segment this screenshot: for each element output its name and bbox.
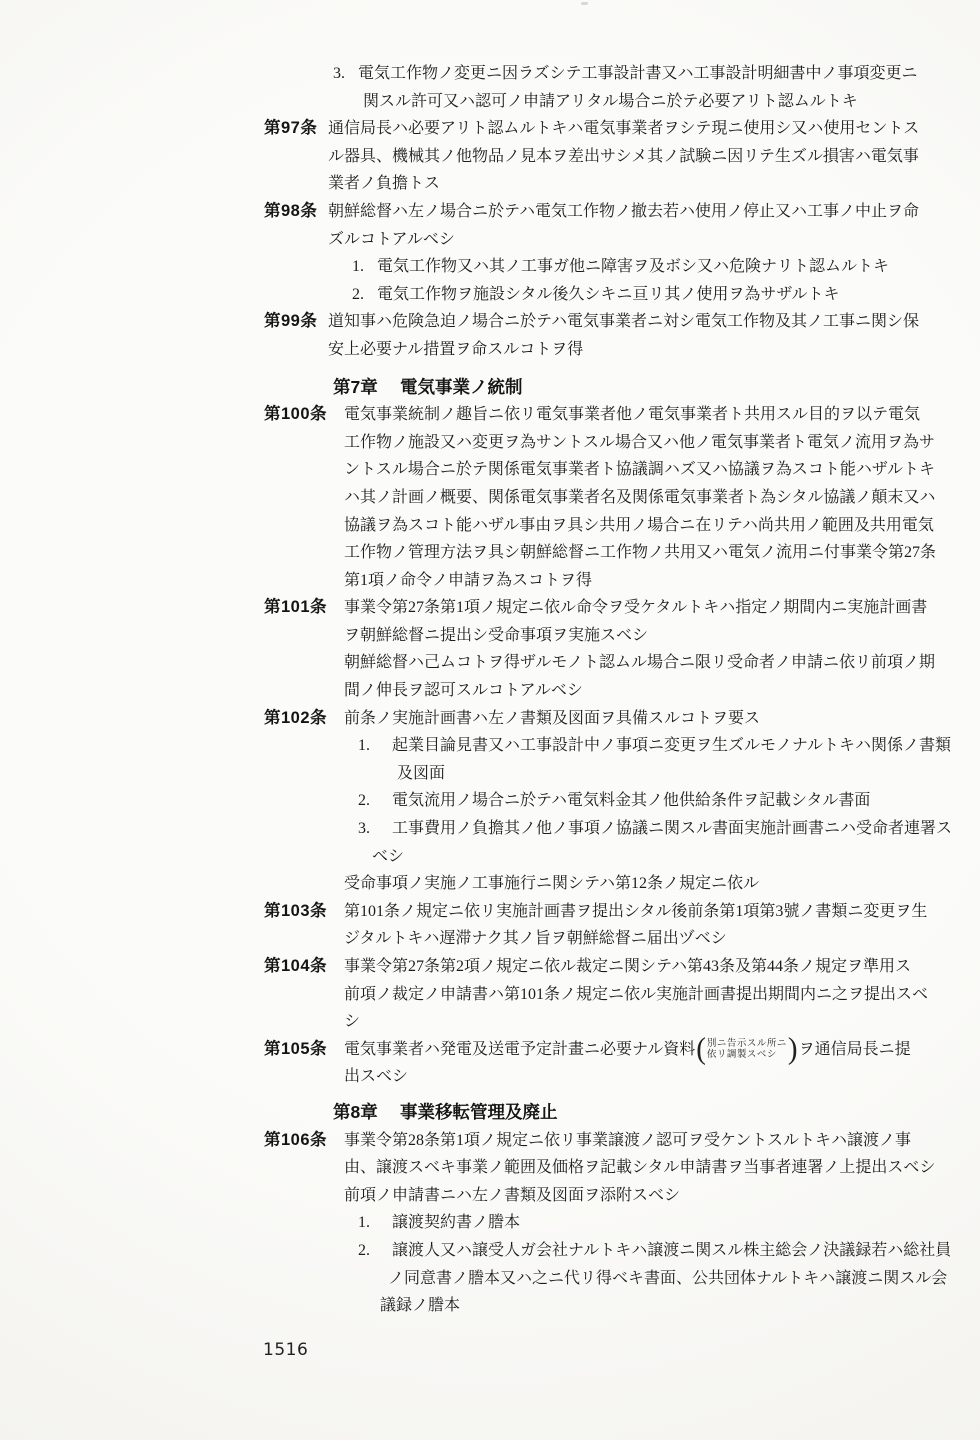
doc-line: 第106条 事業令第28条第1項ノ規定ニ依リ事業譲渡ノ認可ヲ受ケントスルトキハ譲… [0,1127,980,1155]
line-text: 間ノ伸長ヲ認可スルコトアルベシ [344,677,583,705]
chapter-title: 電気事業ノ統制 [400,374,523,402]
list-number: 1. [358,1209,370,1237]
list-number: 2. [358,787,370,815]
doc-line: 朝鮮総督ハ己ムコトヲ得ザルモノト認ムル場合ニ限リ受命者ノ申請ニ依リ前項ノ期 [0,649,980,677]
doc-line: 第102条 前条ノ実施計画書ハ左ノ書類及図面ヲ具備スルコトヲ要ス [0,705,980,733]
line-text: 朝鮮総督ハ左ノ場合ニ於テハ電気工作物ノ撤去若ハ使用ノ停止又ハ工事ノ中止ヲ命 [328,198,919,226]
line-text: 電気事業者ハ発電及送電予定計畫ニ必要ナル資料 [344,1036,695,1064]
list-number: 1. [358,732,370,760]
line-text: 譲渡契約書ノ謄本 [392,1209,520,1237]
doc-line: シ [0,1008,980,1036]
doc-line: 第103条 第101条ノ規定ニ依リ実施計画書ヲ提出シタル後前条第1項第3號ノ書類… [0,898,980,926]
line-text: ントスル場合ニ於テ関係電気事業者ト協議調ハズ又ハ協議ヲ為スコト能ハザルトキ [344,456,935,484]
line-text: ヲ朝鮮総督ニ提出シ受命事項ヲ実施スベシ [344,622,648,650]
doc-line: 受命事項ノ実施ノ工事施行ニ関シテハ第12条ノ規定ニ依ル [0,870,980,898]
doc-line: 2. 電気流用ノ場合ニ於テハ電気料金其ノ他供給条件ヲ記載シタル書面 [0,787,980,815]
list-number: 3. [358,815,370,843]
doc-line: ントスル場合ニ於テ関係電気事業者ト協議調ハズ又ハ協議ヲ為スコト能ハザルトキ [0,456,980,484]
doc-line: 前項ノ申請書ニハ左ノ書類及図面ヲ添附スベシ [0,1182,980,1210]
doc-line: ル器具、機械其ノ他物品ノ見本ヲ差出サシメ其ノ試験ニ因リテ生ズル損害ハ電気事 [0,143,980,171]
list-number: 1. [352,253,364,281]
close-paren: ) [788,1035,798,1064]
line-text: 工作物ノ施設又ハ変更ヲ為サントスル場合又ハ他ノ電気事業者ト電気ノ流用ヲ為サ [344,429,935,457]
line-text: 前条ノ実施計画書ハ左ノ書類及図面ヲ具備スルコトヲ要ス [344,705,760,733]
article-number: 第104条 [264,953,327,981]
article-number: 第101条 [264,594,327,622]
line-text: 工事費用ノ負擔其ノ他ノ事項ノ協議ニ関スル書面実施計画書ニハ受命者連署ス [392,815,952,843]
doc-line: 2. 譲渡人又ハ譲受人ガ会社ナルトキハ譲渡ニ関スル株主総会ノ決議録若ハ総社員 [0,1237,980,1265]
line-text: 朝鮮総督ハ己ムコトヲ得ザルモノト認ムル場合ニ限リ受命者ノ申請ニ依リ前項ノ期 [344,649,935,677]
open-paren: ( [696,1035,706,1064]
line-text: 第101条ノ規定ニ依リ実施計画書ヲ提出シタル後前条第1項第3號ノ書類ニ変更ヲ生 [344,898,927,926]
line-text: 事業令第27条第1項ノ規定ニ依ル命令ヲ受ケタルトキハ指定ノ期間内ニ実施計画書 [344,594,927,622]
doc-line: 工作物ノ施設又ハ変更ヲ為サントスル場合又ハ他ノ電気事業者ト電気ノ流用ヲ為サ [0,429,980,457]
article-number: 第103条 [264,898,327,926]
line-text: ヲ通信局長ニ提 [799,1036,911,1064]
line-with-parenthetical: 電気事業者ハ発電及送電予定計畫ニ必要ナル資料 ( 別ニ告示スル所ニ 依リ調製スベ… [344,1036,911,1064]
doc-line: 安上必要ナル措置ヲ命スルコトヲ得 [0,336,980,364]
article-number: 第106条 [264,1127,327,1155]
doc-line: 第98条 朝鮮総督ハ左ノ場合ニ於テハ電気工作物ノ撤去若ハ使用ノ停止又ハ工事ノ中止… [0,198,980,226]
doc-line: ズルコトアルベシ [0,226,980,254]
line-text: ベシ [372,843,404,871]
chapter-number: 第7章 [333,374,378,402]
line-text: 業者ノ負擔トス [328,170,440,198]
doc-line: 由、譲渡スベキ事業ノ範囲及価格ヲ記載シタル申請書ヲ当事者連署ノ上提出スベシ [0,1154,980,1182]
doc-line: 2. 電気工作物ヲ施設シタル後久シキニ亘リ其ノ使用ヲ為サザルトキ [0,281,980,309]
line-text: ハ其ノ計画ノ概要、関係電気事業者名及関係電気事業者ト為シタル協議ノ顛末又ハ [344,484,935,512]
doc-line: 協議ヲ為スコト能ハザル事由ヲ具シ共用ノ場合ニ在リテハ尚共用ノ範囲及共用電気 [0,512,980,540]
chapter-title: 事業移転管理及廃止 [400,1099,558,1127]
document-body: 3. 電気工作物ノ変更ニ因ラズシテ工事設計書又ハ工事設計明細書中ノ事項変更ニ 関… [0,60,980,1320]
list-number: 2. [352,281,364,309]
line-text: 安上必要ナル措置ヲ命スルコトヲ得 [328,336,583,364]
doc-line: 第1項ノ命令ノ申請ヲ為スコトヲ得 [0,567,980,595]
doc-line: ヲ朝鮮総督ニ提出シ受命事項ヲ実施スベシ [0,622,980,650]
line-text: ル器具、機械其ノ他物品ノ見本ヲ差出サシメ其ノ試験ニ因リテ生ズル損害ハ電気事 [328,143,919,171]
article-number: 第105条 [264,1036,327,1064]
line-text: 由、譲渡スベキ事業ノ範囲及価格ヲ記載シタル申請書ヲ当事者連署ノ上提出スベシ [344,1154,935,1182]
list-number: 2. [358,1237,370,1265]
doc-line: 出スベシ [0,1063,980,1091]
article-number: 第100条 [264,401,327,429]
doc-line: 1. 起業目論見書又ハ工事設計中ノ事項ニ変更ヲ生ズルモノナルトキハ関係ノ書類 [0,732,980,760]
doc-line: 第97条 通信局長ハ必要アリト認ムルトキハ電気事業者ヲシテ現ニ使用シ又ハ使用セン… [0,115,980,143]
doc-line: ハ其ノ計画ノ概要、関係電気事業者名及関係電気事業者ト為シタル協議ノ顛末又ハ [0,484,980,512]
article-number: 第102条 [264,705,327,733]
article-number: 第98条 [264,198,317,226]
note-line-2: 依リ調製スベシ [707,1050,787,1061]
doc-line: 第100条 電気事業統制ノ趣旨ニ依リ電気事業者他ノ電気事業者ト共用スル目的ヲ以テ… [0,401,980,429]
line-text: シ [344,1008,360,1036]
doc-line: 間ノ伸長ヲ認可スルコトアルベシ [0,677,980,705]
doc-line: 1. 譲渡契約書ノ謄本 [0,1209,980,1237]
doc-line: 第99条 道知事ハ危険急迫ノ場合ニ於テハ電気事業者ニ対シ電気工作物及其ノ工事ニ関… [0,308,980,336]
page-number: 1516 [263,1340,308,1360]
chapter-heading: 第7章 電気事業ノ統制 [0,374,980,402]
doc-line: ジタルトキハ遅滞ナク其ノ旨ヲ朝鮮総督ニ届出ヅベシ [0,925,980,953]
line-text: 前項ノ申請書ニハ左ノ書類及図面ヲ添附スベシ [344,1182,680,1210]
line-text: 電気流用ノ場合ニ於テハ電気料金其ノ他供給条件ヲ記載シタル書面 [392,787,870,815]
line-text: 通信局長ハ必要アリト認ムルトキハ電気事業者ヲシテ現ニ使用シ又ハ使用セントス [328,115,919,143]
line-text: 議録ノ謄本 [380,1292,460,1320]
doc-line: 業者ノ負擔トス [0,170,980,198]
parenthetical-note: 別ニ告示スル所ニ 依リ調製スベシ [707,1039,787,1060]
line-text: 前項ノ裁定ノ申請書ハ第101条ノ規定ニ依ル実施計画書提出期間内ニ之ヲ提出スベ [344,981,928,1009]
line-text: ノ同意書ノ謄本又ハ之ニ代リ得ベキ書面、公共団体ナルトキハ譲渡ニ関スル会 [388,1265,947,1293]
line-text: 電気工作物ヲ施設シタル後久シキニ亘リ其ノ使用ヲ為サザルトキ [377,281,840,309]
article-number: 第97条 [264,115,317,143]
line-text: 電気工作物ノ変更ニ因ラズシテ工事設計書又ハ工事設計明細書中ノ事項変更ニ [358,60,918,88]
line-text: 関スル許可又ハ認可ノ申請アリタル場合ニ於テ必要アリト認ムルトキ [363,88,858,116]
doc-line: 関スル許可又ハ認可ノ申請アリタル場合ニ於テ必要アリト認ムルトキ [0,88,980,116]
line-text: 出スベシ [344,1063,408,1091]
doc-line: 第101条 事業令第27条第1項ノ規定ニ依ル命令ヲ受ケタルトキハ指定ノ期間内ニ実… [0,594,980,622]
line-text: 事業令第28条第1項ノ規定ニ依リ事業譲渡ノ認可ヲ受ケントスルトキハ譲渡ノ事 [344,1127,911,1155]
doc-line: ベシ [0,843,980,871]
line-text: 電気工作物又ハ其ノ工事ガ他ニ障害ヲ及ボシ又ハ危険ナリト認ムルトキ [377,253,889,281]
chapter-heading: 第8章 事業移転管理及廃止 [0,1099,980,1127]
line-text: 第1項ノ命令ノ申請ヲ為スコトヲ得 [344,567,592,595]
scanned-page: 3. 電気工作物ノ変更ニ因ラズシテ工事設計書又ハ工事設計明細書中ノ事項変更ニ 関… [0,0,980,1440]
chapter-number: 第8章 [333,1099,378,1127]
line-text: 協議ヲ為スコト能ハザル事由ヲ具シ共用ノ場合ニ在リテハ尚共用ノ範囲及共用電気 [344,512,934,540]
doc-line: 3. 工事費用ノ負擔其ノ他ノ事項ノ協議ニ関スル書面実施計画書ニハ受命者連署ス [0,815,980,843]
doc-line: 1. 電気工作物又ハ其ノ工事ガ他ニ障害ヲ及ボシ又ハ危険ナリト認ムルトキ [0,253,980,281]
line-text: ズルコトアルベシ [328,226,455,254]
article-number: 第99条 [264,308,317,336]
line-text: 受命事項ノ実施ノ工事施行ニ関シテハ第12条ノ規定ニ依ル [344,870,759,898]
doc-line: 議録ノ謄本 [0,1292,980,1320]
line-text: 事業令第27条第2項ノ規定ニ依ル裁定ニ関シテハ第43条及第44条ノ規定ヲ準用ス [344,953,911,981]
line-text: 譲渡人又ハ譲受人ガ会社ナルトキハ譲渡ニ関スル株主総会ノ決議録若ハ総社員 [392,1237,951,1265]
doc-line: 及図面 [0,760,980,788]
doc-line: 3. 電気工作物ノ変更ニ因ラズシテ工事設計書又ハ工事設計明細書中ノ事項変更ニ [0,60,980,88]
list-number: 3. [333,60,345,88]
doc-line: ノ同意書ノ謄本又ハ之ニ代リ得ベキ書面、公共団体ナルトキハ譲渡ニ関スル会 [0,1265,980,1293]
line-text: ジタルトキハ遅滞ナク其ノ旨ヲ朝鮮総督ニ届出ヅベシ [344,925,727,953]
line-text: 工作物ノ管理方法ヲ具シ朝鮮総督ニ工作物ノ共用又ハ電気ノ流用ニ付事業令第27条 [344,539,936,567]
note-line-1: 別ニ告示スル所ニ [707,1039,787,1050]
line-text: 電気事業統制ノ趣旨ニ依リ電気事業者他ノ電気事業者ト共用スル目的ヲ以テ電気 [344,401,920,429]
doc-line: 工作物ノ管理方法ヲ具シ朝鮮総督ニ工作物ノ共用又ハ電気ノ流用ニ付事業令第27条 [0,539,980,567]
line-text: 道知事ハ危険急迫ノ場合ニ於テハ電気事業者ニ対シ電気工作物及其ノ工事ニ関シ保 [328,308,919,336]
scan-speck [581,2,588,5]
line-text: 及図面 [397,760,445,788]
line-text: 起業目論見書又ハ工事設計中ノ事項ニ変更ヲ生ズルモノナルトキハ関係ノ書類 [392,732,951,760]
doc-line: 第105条 電気事業者ハ発電及送電予定計畫ニ必要ナル資料 ( 別ニ告示スル所ニ … [0,1036,980,1064]
doc-line: 第104条 事業令第27条第2項ノ規定ニ依ル裁定ニ関シテハ第43条及第44条ノ規… [0,953,980,981]
doc-line: 前項ノ裁定ノ申請書ハ第101条ノ規定ニ依ル実施計画書提出期間内ニ之ヲ提出スベ [0,981,980,1009]
